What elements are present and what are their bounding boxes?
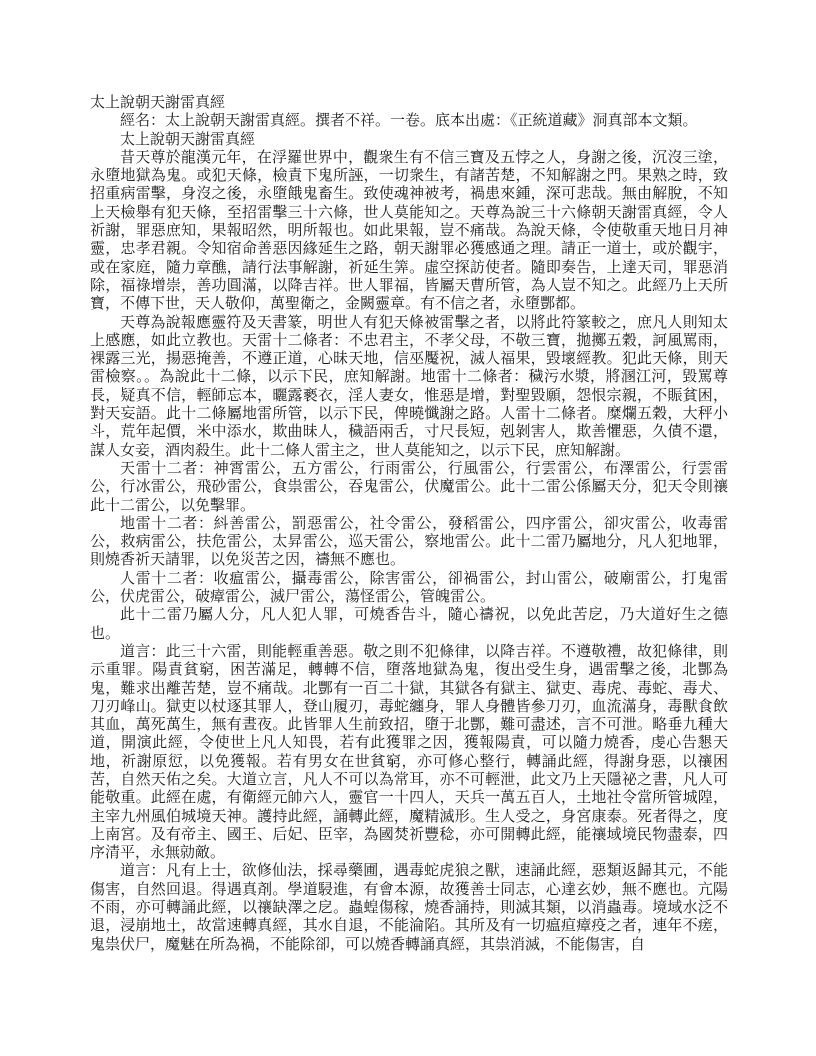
paragraph: 道言：此三十六雷，則能輕重善惡。敬之則不犯條律，以降吉祥。不遵敬禮，故犯條律，則… bbox=[90, 643, 728, 863]
document-meta-line: 經名：太上說朝天謝雷真經。撰者不祥。一卷。底本出處：《正統道藏》洞真部本文類。 bbox=[90, 112, 728, 130]
paragraph: 地雷十二者：紏善雷公，罰惡雷公，社令雷公，發稻雷公，四序雷公，卻灾雷公，收毒雷公… bbox=[90, 515, 728, 570]
document-page: 太上說朝天謝雷真經 經名：太上說朝天謝雷真經。撰者不祥。一卷。底本出處：《正統道… bbox=[0, 0, 816, 1056]
paragraph: 昔天尊於龍漢元年，在浮羅世界中，觀衆生有不信三寶及五悖之人，身謝之後，沉沒三塗，… bbox=[90, 149, 728, 314]
paragraph: 此十二雷乃屬人分，凡人犯人罪，可燒香告斗，隨心禱祝，以免此苦戹，乃大道好生之德也… bbox=[90, 606, 728, 643]
paragraph: 道言：凡有上士，欲修仙法，採尋藥圃，遇毒蛇虎狼之獸，速誦此經，惡類返歸其元，不能… bbox=[90, 862, 728, 953]
paragraph: 人雷十二者：收瘟雷公，攝毒雷公，除害雷公，卻禍雷公，封山雷公，破廟雷公，打鬼雷公… bbox=[90, 570, 728, 607]
paragraph: 天雷十二者：神霄雷公，五方雷公，行雨雷公，行風雷公，行雲雷公，布澤雷公，行雲雷公… bbox=[90, 460, 728, 515]
document-content: 太上說朝天謝雷真經 經名：太上說朝天謝雷真經。撰者不祥。一卷。底本出處：《正統道… bbox=[90, 94, 728, 954]
paragraph: 天尊為說報應靈符及天書篆，明世人有犯天條被雷擊之者，以將此符篆較之，庶凡人則知太… bbox=[90, 314, 728, 460]
document-subtitle: 太上說朝天謝雷真經 bbox=[90, 131, 728, 149]
document-title: 太上說朝天謝雷真經 bbox=[90, 94, 728, 112]
